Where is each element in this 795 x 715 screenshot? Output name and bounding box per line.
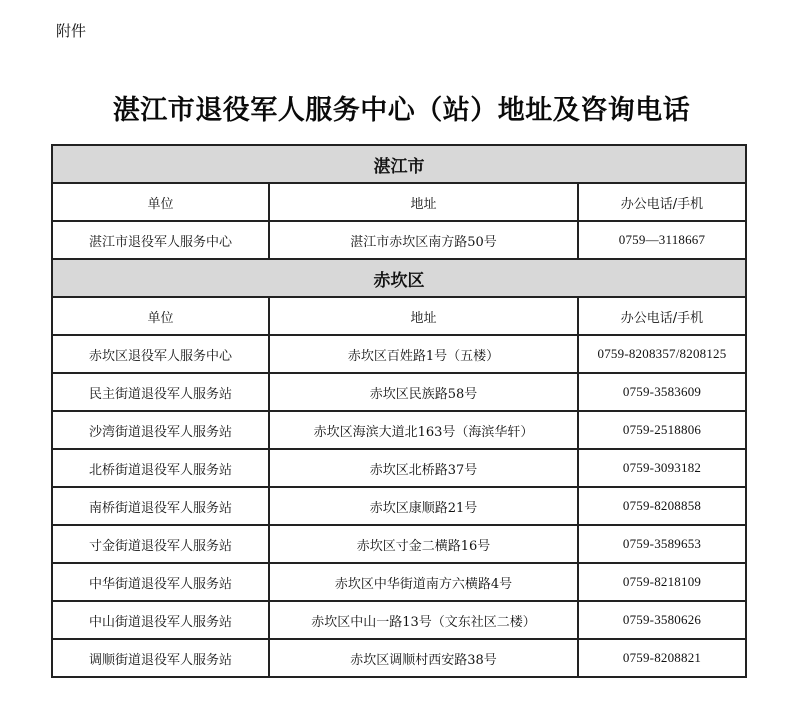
column-header-address: 地址 [269,183,578,221]
attachment-label: 附件 [56,20,86,41]
column-header-row: 单位 地址 办公电话/手机 [52,297,746,335]
cell-address: 赤坎区海滨大道北163号（海滨华轩） [269,411,578,449]
table-row: 沙湾街道退役军人服务站 赤坎区海滨大道北163号（海滨华轩） 0759-2518… [52,411,746,449]
cell-address: 湛江市赤坎区南方路50号 [269,221,578,259]
column-header-row: 单位 地址 办公电话/手机 [52,183,746,221]
cell-unit: 中华街道退役军人服务站 [52,563,269,601]
cell-address: 赤坎区民族路58号 [269,373,578,411]
cell-unit: 民主街道退役军人服务站 [52,373,269,411]
document-title: 湛江市退役军人服务中心（站）地址及咨询电话 [4,88,795,127]
cell-phone: 0759-8208821 [578,639,746,677]
column-header-address: 地址 [269,297,578,335]
table-row: 南桥街道退役军人服务站 赤坎区康顺路21号 0759-8208858 [52,487,746,525]
cell-address: 赤坎区寸金二横路16号 [269,525,578,563]
column-header-unit: 单位 [52,183,269,221]
column-header-unit: 单位 [52,297,269,335]
section-header-chikan: 赤坎区 [52,259,746,297]
cell-phone: 0759-8218109 [578,563,746,601]
table-row: 中华街道退役军人服务站 赤坎区中华街道南方六横路4号 0759-8218109 [52,563,746,601]
contacts-table: 湛江市 单位 地址 办公电话/手机 湛江市退役军人服务中心 湛江市赤坎区南方路5… [51,144,747,678]
section-header-zhanjiang: 湛江市 [52,145,746,183]
cell-address: 赤坎区中华街道南方六横路4号 [269,563,578,601]
cell-phone: 0759-3589653 [578,525,746,563]
cell-unit: 中山街道退役军人服务站 [52,601,269,639]
table-row: 民主街道退役军人服务站 赤坎区民族路58号 0759-3583609 [52,373,746,411]
cell-unit: 调顺街道退役军人服务站 [52,639,269,677]
cell-unit: 北桥街道退役军人服务站 [52,449,269,487]
cell-unit: 赤坎区退役军人服务中心 [52,335,269,373]
cell-address: 赤坎区北桥路37号 [269,449,578,487]
cell-phone: 0759-3583609 [578,373,746,411]
table-row: 赤坎区退役军人服务中心 赤坎区百姓路1号（五楼） 0759-8208357/82… [52,335,746,373]
cell-unit: 湛江市退役军人服务中心 [52,221,269,259]
cell-address: 赤坎区康顺路21号 [269,487,578,525]
table-row: 北桥街道退役军人服务站 赤坎区北桥路37号 0759-3093182 [52,449,746,487]
cell-unit: 沙湾街道退役军人服务站 [52,411,269,449]
section-title: 湛江市 [52,145,746,183]
section-title: 赤坎区 [52,259,746,297]
cell-unit: 寸金街道退役军人服务站 [52,525,269,563]
column-header-phone: 办公电话/手机 [578,183,746,221]
column-header-phone: 办公电话/手机 [578,297,746,335]
cell-phone: 0759-8208357/8208125 [578,335,746,373]
cell-phone: 0759-3093182 [578,449,746,487]
table-row: 湛江市退役军人服务中心 湛江市赤坎区南方路50号 0759—3118667 [52,221,746,259]
cell-phone: 0759—3118667 [578,221,746,259]
cell-unit: 南桥街道退役军人服务站 [52,487,269,525]
table-row: 寸金街道退役军人服务站 赤坎区寸金二横路16号 0759-3589653 [52,525,746,563]
cell-address: 赤坎区百姓路1号（五楼） [269,335,578,373]
table-row: 调顺街道退役军人服务站 赤坎区调顺村西安路38号 0759-8208821 [52,639,746,677]
cell-address: 赤坎区中山一路13号（文东社区二楼） [269,601,578,639]
cell-address: 赤坎区调顺村西安路38号 [269,639,578,677]
cell-phone: 0759-2518806 [578,411,746,449]
cell-phone: 0759-3580626 [578,601,746,639]
cell-phone: 0759-8208858 [578,487,746,525]
table-row: 中山街道退役军人服务站 赤坎区中山一路13号（文东社区二楼） 0759-3580… [52,601,746,639]
